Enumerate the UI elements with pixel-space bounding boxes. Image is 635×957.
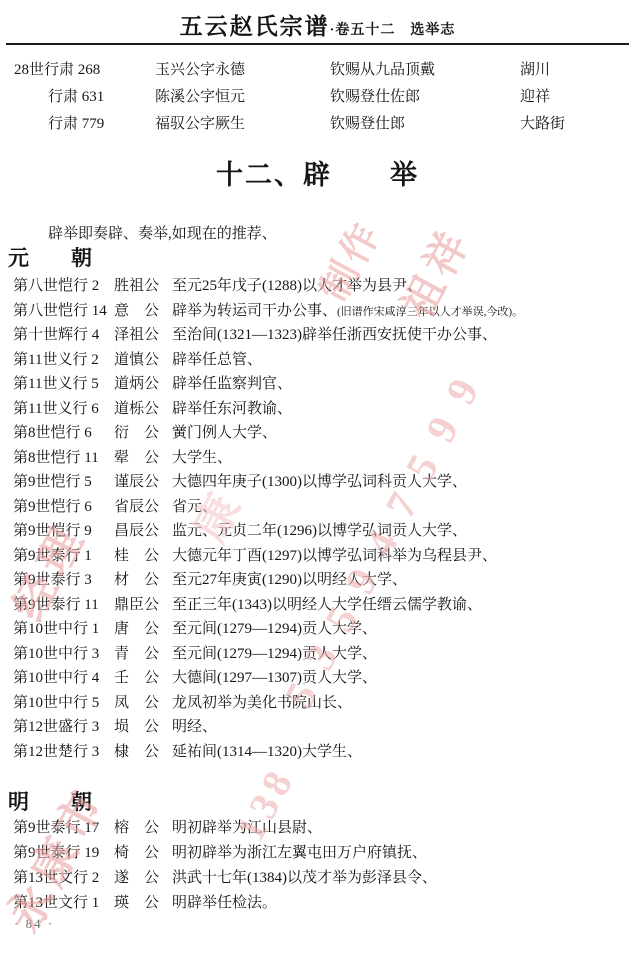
- person-name: 胜祖公: [114, 274, 159, 295]
- table-row: 第10世中行 5 凤 公 龙凤初举为美化书院山长、: [0, 691, 635, 716]
- honor-cell: 钦赐从九品顶戴: [330, 58, 435, 79]
- table-row: 第八世恺行 2 胜祖公 至元25年戊子(1288)以人才举为县尹、: [0, 274, 635, 299]
- entry-description: 明初辟举为浙江左翼屯田万户府镇抚、: [172, 841, 427, 862]
- page-header: 五云赵氏宗谱·卷五十二 选举志: [0, 8, 635, 41]
- generation-label: 第八世恺行 2: [13, 274, 99, 295]
- entry-note: (旧谱作宋咸淳三年以人才举误,今改)。: [337, 306, 523, 318]
- rank-cell: 28世行肃 268: [14, 58, 100, 79]
- entry-desc-text: 省元、: [172, 499, 217, 515]
- table-row: 第9世泰行 11 鼎臣公 至正三年(1343)以明经人大学任缙云儒学教谕、: [0, 593, 635, 618]
- person-name: 唐 公: [114, 617, 159, 638]
- entry-description: 至治间(1321—1323)辟举任浙西安抚使干办公事、: [172, 323, 497, 344]
- table-row: 28世行肃 268 玉兴公字永德 钦赐从九品顶戴 湖川: [0, 58, 635, 85]
- table-row: 第9世泰行 1 桂 公 大德元年丁酉(1297)以博学弘词科举为乌程县尹、: [0, 544, 635, 569]
- table-row: 第9世恺行 5 谨辰公 大德四年庚子(1300)以博学弘词科贡人大学、: [0, 470, 635, 495]
- entry-description: 大学生、: [172, 446, 232, 467]
- person-name: 遂 公: [114, 866, 159, 887]
- entry-description: 至元间(1279—1294)贡人大学、: [172, 642, 377, 663]
- entry-desc-text: 大德四年庚子(1300)以博学弘词科贡人大学、: [172, 474, 467, 490]
- entry-desc-text: 明经、: [172, 719, 217, 735]
- entry-description: 大德间(1297—1307)贡人大学、: [172, 666, 377, 687]
- entry-description: 明经、: [172, 715, 217, 736]
- person-name: 衍 公: [114, 421, 159, 442]
- entry-desc-text: 至元25年戊子(1288)以人才举为县尹、: [172, 278, 422, 294]
- table-row: 第9世恺行 9 昌辰公 监元、元贞二年(1296)以博学弘词贡人大学、: [0, 519, 635, 544]
- entry-description: 至元27年庚寅(1290)以明经人大学、: [172, 568, 407, 589]
- dynasty-heading-yuan: 元 朝: [8, 242, 92, 272]
- entry-description: 至元间(1279—1294)贡人大学、: [172, 617, 377, 638]
- entry-description: 延祐间(1314—1320)大学生、: [172, 740, 362, 761]
- generation-label: 第11世义行 5: [13, 372, 99, 393]
- honor-cell: 钦赐登仕郎: [330, 112, 405, 133]
- person-name: 椅 公: [114, 841, 159, 862]
- person-name: 翚 公: [114, 446, 159, 467]
- person-name: 瑛 公: [114, 891, 159, 912]
- generation-label: 第10世中行 3: [13, 642, 99, 663]
- generation-label: 第十世辉行 4: [13, 323, 99, 344]
- table-row: 第12世楚行 3 棣 公 延祐间(1314—1320)大学生、: [0, 740, 635, 765]
- generation-label: 第9世泰行 3: [13, 568, 92, 589]
- chapter-intro: 辟举即奏辟、奏举,如现在的推荐、: [48, 222, 277, 243]
- entry-desc-text: 延祐间(1314—1320)大学生、: [172, 744, 362, 760]
- person-name: 桂 公: [114, 544, 159, 565]
- entry-desc-text: 辟举任监察判官、: [172, 376, 292, 392]
- generation-label: 第13世文行 2: [13, 866, 99, 887]
- entry-description: 辟举为转运司干办公事、(旧谱作宋咸淳三年以人才举误,今改)。: [172, 299, 523, 320]
- table-row: 第11世义行 5 道炳公 辟举任监察判官、: [0, 372, 635, 397]
- table-row: 第9世泰行 19 椅 公 明初辟举为浙江左翼屯田万户府镇抚、: [0, 841, 635, 866]
- table-row: 第11世义行 6 道栎公 辟举任东河教谕、: [0, 397, 635, 422]
- table-row: 第10世中行 3 青 公 至元间(1279—1294)贡人大学、: [0, 642, 635, 667]
- entry-desc-text: 大德元年丁酉(1297)以博学弘词科举为乌程县尹、: [172, 548, 497, 564]
- entry-desc-text: 大学生、: [172, 450, 232, 466]
- entry-desc-text: 辟举任总管、: [172, 352, 262, 368]
- entry-description: 洪武十七年(1384)以茂才举为彭泽县令、: [172, 866, 437, 887]
- person-name: 意 公: [114, 299, 159, 320]
- book-title: 五云赵氏宗谱: [180, 14, 330, 39]
- generation-label: 第11世义行 6: [13, 397, 99, 418]
- generation-label: 第八世恺行 14: [13, 299, 107, 320]
- generation-label: 第8世恺行 11: [13, 446, 99, 467]
- person-name: 谨辰公: [114, 470, 159, 491]
- table-row: 行肃 779 福驭公字厥生 钦赐登仕郎 大路街: [0, 112, 635, 139]
- dynasty-heading-ming: 明 朝: [8, 786, 92, 816]
- generation-label: 第12世楚行 3: [13, 740, 99, 761]
- table-row: 第9世泰行 17 榕 公 明初辟举为江山县尉、: [0, 816, 635, 841]
- entry-desc-text: 至元间(1279—1294)贡人大学、: [172, 621, 377, 637]
- entry-description: 至元25年戊子(1288)以人才举为县尹、: [172, 274, 422, 295]
- entry-description: 至正三年(1343)以明经人大学任缙云儒学教谕、: [172, 593, 482, 614]
- entry-desc-text: 监元、元贞二年(1296)以博学弘词贡人大学、: [172, 523, 467, 539]
- honor-cell: 钦赐登仕佐郎: [330, 85, 420, 106]
- chapter-title: 十二、辟 举: [0, 153, 635, 192]
- person-name: 埙 公: [114, 715, 159, 736]
- generation-label: 第9世泰行 17: [13, 816, 99, 837]
- page-number: · 84 ·: [14, 916, 54, 932]
- person-name: 道栎公: [114, 397, 159, 418]
- person-name: 道炳公: [114, 372, 159, 393]
- entry-desc-text: 龙凤初举为美化书院山长、: [172, 695, 352, 711]
- table-row: 第10世中行 1 唐 公 至元间(1279—1294)贡人大学、: [0, 617, 635, 642]
- ming-entry-list: 第9世泰行 17 榕 公 明初辟举为江山县尉、 第9世泰行 19 椅 公 明初辟…: [0, 816, 635, 916]
- entry-desc-text: 明辟举任检法。: [172, 895, 277, 911]
- rank-cell: 行肃 779: [48, 112, 104, 133]
- generation-label: 第12世盛行 3: [13, 715, 99, 736]
- entry-desc-text: 辟举为转运司干办公事、: [172, 303, 337, 319]
- entry-description: 明辟举任检法。: [172, 891, 277, 912]
- table-row: 第12世盛行 3 埙 公 明经、: [0, 715, 635, 740]
- generation-label: 第13世文行 1: [13, 891, 99, 912]
- entry-desc-text: 明初辟举为浙江左翼屯田万户府镇抚、: [172, 845, 427, 861]
- table-row: 第11世义行 2 道慎公 辟举任总管、: [0, 348, 635, 373]
- table-row: 第8世恺行 11 翚 公 大学生、: [0, 446, 635, 471]
- person-name: 泽祖公: [114, 323, 159, 344]
- table-row: 第8世恺行 6 衍 公 黉门例人大学、: [0, 421, 635, 446]
- generation-label: 第10世中行 1: [13, 617, 99, 638]
- generation-label: 第8世恺行 6: [13, 421, 92, 442]
- entry-desc-text: 辟举任东河教谕、: [172, 401, 292, 417]
- entry-desc-text: 至元27年庚寅(1290)以明经人大学、: [172, 572, 407, 588]
- entry-desc-text: 明初辟举为江山县尉、: [172, 820, 322, 836]
- table-row: 第9世恺行 6 省辰公 省元、: [0, 495, 635, 520]
- table-row: 第13世文行 1 瑛 公 明辟举任检法。: [0, 891, 635, 916]
- entry-description: 大德四年庚子(1300)以博学弘词科贡人大学、: [172, 470, 467, 491]
- generation-label: 第9世泰行 19: [13, 841, 99, 862]
- entry-description: 省元、: [172, 495, 217, 516]
- table-row: 第八世恺行 14 意 公 辟举为转运司干办公事、(旧谱作宋咸淳三年以人才举误,今…: [0, 299, 635, 324]
- place-cell: 大路街: [520, 112, 565, 133]
- person-name: 材 公: [114, 568, 159, 589]
- person-name: 榕 公: [114, 816, 159, 837]
- name-cell: 玉兴公字永德: [155, 58, 245, 79]
- table-row: 行肃 631 陈溪公字恒元 钦赐登仕佐郎 迎祥: [0, 85, 635, 112]
- person-name: 凤 公: [114, 691, 159, 712]
- table-row: 第13世文行 2 遂 公 洪武十七年(1384)以茂才举为彭泽县令、: [0, 866, 635, 891]
- entry-description: 辟举任总管、: [172, 348, 262, 369]
- person-name: 壬 公: [114, 666, 159, 687]
- table-row: 第10世中行 4 壬 公 大德间(1297—1307)贡人大学、: [0, 666, 635, 691]
- entry-desc-text: 黉门例人大学、: [172, 425, 277, 441]
- header-divider: [6, 43, 629, 45]
- generation-label: 第11世义行 2: [13, 348, 99, 369]
- entry-desc-text: 大德间(1297—1307)贡人大学、: [172, 670, 377, 686]
- entry-description: 龙凤初举为美化书院山长、: [172, 691, 352, 712]
- place-cell: 湖川: [520, 58, 550, 79]
- entry-desc-text: 洪武十七年(1384)以茂才举为彭泽县令、: [172, 870, 437, 886]
- name-cell: 福驭公字厥生: [155, 112, 245, 133]
- volume-subtitle: ·卷五十二 选举志: [330, 23, 456, 38]
- person-name: 青 公: [114, 642, 159, 663]
- entry-desc-text: 至元间(1279—1294)贡人大学、: [172, 646, 377, 662]
- entry-description: 明初辟举为江山县尉、: [172, 816, 322, 837]
- entry-description: 黉门例人大学、: [172, 421, 277, 442]
- entry-description: 大德元年丁酉(1297)以博学弘词科举为乌程县尹、: [172, 544, 497, 565]
- honor-table: 28世行肃 268 玉兴公字永德 钦赐从九品顶戴 湖川 行肃 631 陈溪公字恒…: [0, 58, 635, 139]
- entry-description: 辟举任监察判官、: [172, 372, 292, 393]
- person-name: 省辰公: [114, 495, 159, 516]
- person-name: 鼎臣公: [114, 593, 159, 614]
- generation-label: 第10世中行 5: [13, 691, 99, 712]
- entry-desc-text: 至治间(1321—1323)辟举任浙西安抚使干办公事、: [172, 327, 497, 343]
- entry-description: 监元、元贞二年(1296)以博学弘词贡人大学、: [172, 519, 467, 540]
- generation-label: 第9世恺行 5: [13, 470, 92, 491]
- generation-label: 第9世恺行 9: [13, 519, 92, 540]
- entry-description: 辟举任东河教谕、: [172, 397, 292, 418]
- yuan-entry-list: 第八世恺行 2 胜祖公 至元25年戊子(1288)以人才举为县尹、 第八世恺行 …: [0, 274, 635, 764]
- entry-desc-text: 至正三年(1343)以明经人大学任缙云儒学教谕、: [172, 597, 482, 613]
- name-cell: 陈溪公字恒元: [155, 85, 245, 106]
- generation-label: 第9世泰行 11: [13, 593, 99, 614]
- table-row: 第9世泰行 3 材 公 至元27年庚寅(1290)以明经人大学、: [0, 568, 635, 593]
- table-row: 第十世辉行 4 泽祖公 至治间(1321—1323)辟举任浙西安抚使干办公事、: [0, 323, 635, 348]
- person-name: 道慎公: [114, 348, 159, 369]
- generation-label: 第10世中行 4: [13, 666, 99, 687]
- person-name: 棣 公: [114, 740, 159, 761]
- place-cell: 迎祥: [520, 85, 550, 106]
- generation-label: 第9世泰行 1: [13, 544, 92, 565]
- person-name: 昌辰公: [114, 519, 159, 540]
- rank-cell: 行肃 631: [48, 85, 104, 106]
- generation-label: 第9世恺行 6: [13, 495, 92, 516]
